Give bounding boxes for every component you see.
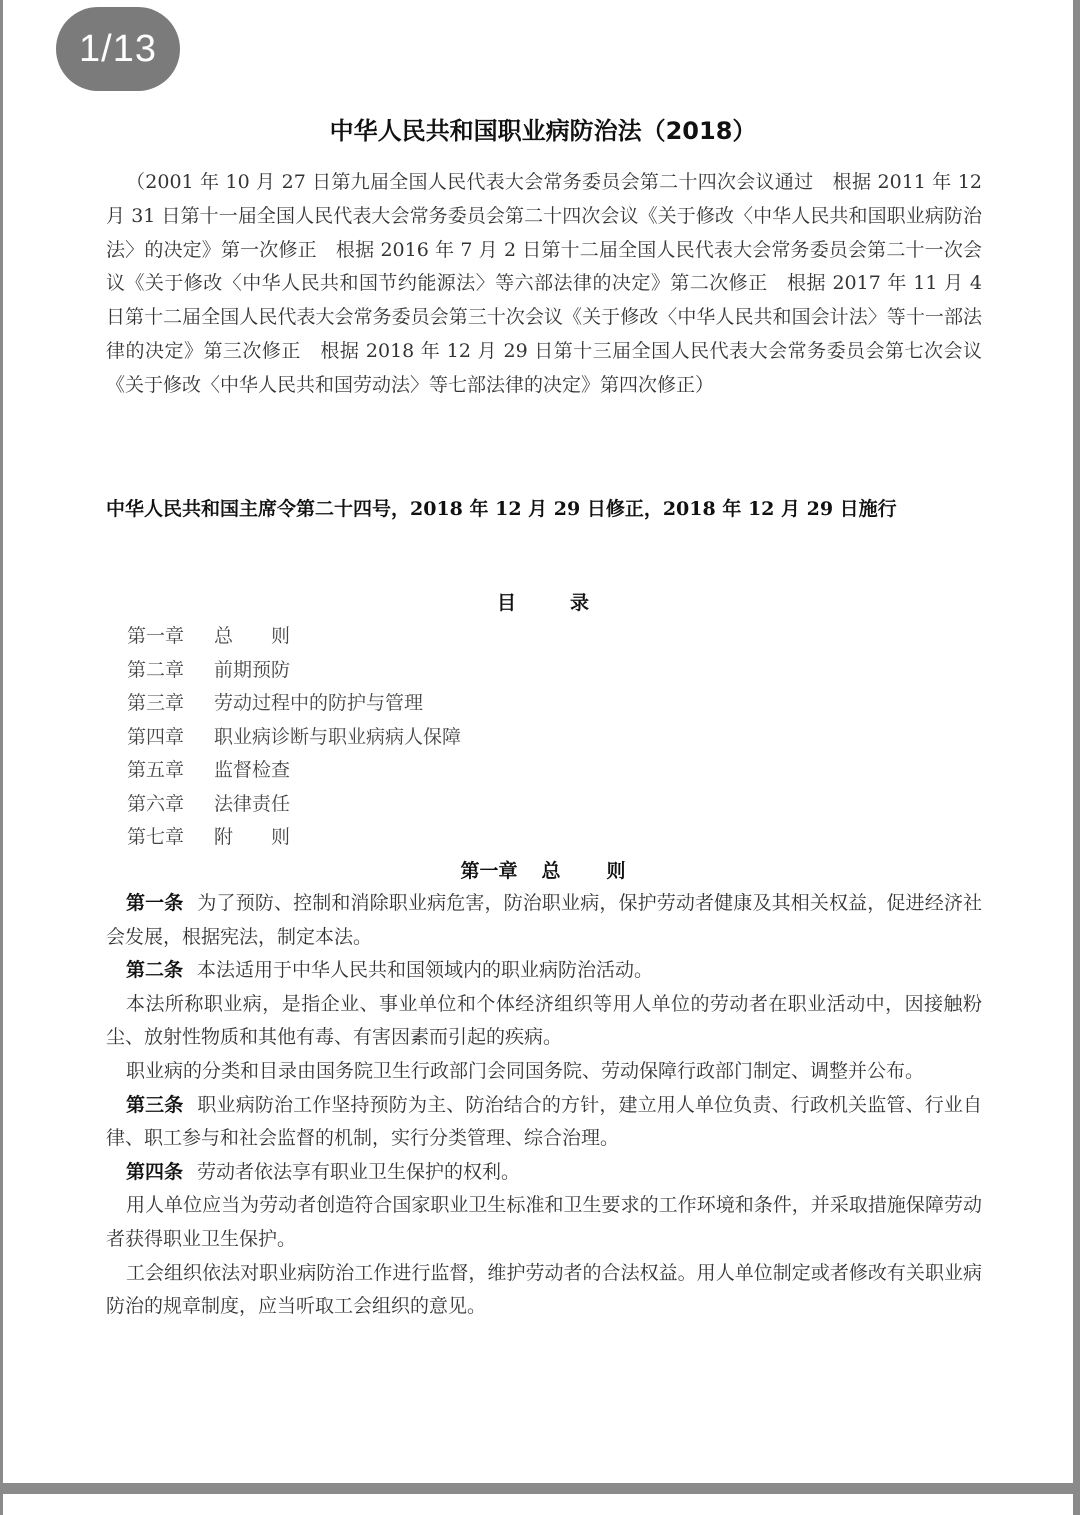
document-page[interactable]: 1/13 中华人民共和国职业病防治法（2018） （2001 年 10 月 27…: [3, 0, 1073, 1483]
article-label: 第三条: [126, 1094, 183, 1116]
toc-chapter-name: 法律责任: [214, 793, 290, 815]
article-paragraph: 第四条劳动者依法享有职业卫生保护的权利。: [106, 1156, 982, 1190]
next-page-edge[interactable]: [3, 1494, 1073, 1515]
amendment-history: （2001 年 10 月 27 日第九届全国人民代表大会常务委员会第二十四次会议…: [106, 166, 982, 403]
paragraph-text: 本法所称职业病，是指企业、事业单位和个体经济组织等用人单位的劳动者在职业活动中，…: [106, 993, 982, 1049]
toc-chapter-number: 第二章: [127, 654, 214, 688]
paragraph-text: 职业病的分类和目录由国务院卫生行政部门会同国务院、劳动保障行政部门制定、调整并公…: [126, 1060, 924, 1082]
toc-title-char: 录: [570, 592, 589, 614]
toc-item[interactable]: 第二章前期预防: [127, 654, 461, 688]
paragraph-text: 工会组织依法对职业病防治工作进行监督，维护劳动者的合法权益。用人单位制定或者修改…: [106, 1262, 982, 1318]
toc-chapter-number: 第三章: [127, 687, 214, 721]
page-indicator-badge: 1/13: [56, 7, 180, 91]
chapter-number: 第一章: [460, 860, 517, 882]
article-paragraph: 第一条为了预防、控制和消除职业病危害，防治职业病，保护劳动者健康及其相关权益，促…: [106, 887, 982, 954]
paragraph-text: 劳动者依法享有职业卫生保护的权利。: [197, 1161, 520, 1183]
article-label: 第四条: [126, 1161, 183, 1183]
toc-chapter-name: 附 则: [214, 826, 290, 848]
toc-title: 目录: [3, 588, 1080, 615]
toc-item[interactable]: 第五章监督检查: [127, 754, 461, 788]
toc-title-char: 目: [497, 592, 516, 614]
paragraph-text: 为了预防、控制和消除职业病危害，防治职业病，保护劳动者健康及其相关权益，促进经济…: [106, 892, 982, 948]
paragraph-text: 本法适用于中华人民共和国领域内的职业病防治活动。: [197, 959, 653, 981]
article-label: 第二条: [126, 959, 183, 981]
toc-chapter-number: 第六章: [127, 788, 214, 822]
toc-chapter-name: 总 则: [214, 625, 290, 647]
table-of-contents: 第一章总 则 第二章前期预防 第三章劳动过程中的防护与管理 第四章职业病诊断与职…: [127, 620, 461, 855]
article-paragraph: 本法所称职业病，是指企业、事业单位和个体经济组织等用人单位的劳动者在职业活动中，…: [106, 988, 982, 1055]
toc-chapter-number: 第四章: [127, 721, 214, 755]
article-paragraph: 职业病的分类和目录由国务院卫生行政部门会同国务院、劳动保障行政部门制定、调整并公…: [106, 1055, 982, 1089]
article-paragraph: 工会组织依法对职业病防治工作进行监督，维护劳动者的合法权益。用人单位制定或者修改…: [106, 1257, 982, 1324]
document-title: 中华人民共和国职业病防治法（2018）: [3, 111, 1080, 146]
toc-chapter-name: 职业病诊断与职业病病人保障: [214, 726, 461, 748]
article-label: 第一条: [126, 892, 183, 914]
toc-chapter-name: 劳动过程中的防护与管理: [214, 692, 423, 714]
toc-chapter-name: 前期预防: [214, 659, 290, 681]
paragraph-text: 用人单位应当为劳动者创造符合国家职业卫生标准和卫生要求的工作环境和条件，并采取措…: [106, 1194, 982, 1250]
toc-chapter-number: 第五章: [127, 754, 214, 788]
chapter-title-char: 总: [541, 860, 560, 882]
toc-item[interactable]: 第一章总 则: [127, 620, 461, 654]
toc-chapter-name: 监督检查: [214, 759, 290, 781]
article-paragraph: 第二条本法适用于中华人民共和国领域内的职业病防治活动。: [106, 954, 982, 988]
toc-item[interactable]: 第六章法律责任: [127, 788, 461, 822]
decree-line: 中华人民共和国主席令第二十四号，2018 年 12 月 29 日修正，2018 …: [106, 494, 897, 521]
toc-chapter-number: 第一章: [127, 620, 214, 654]
article-paragraph: 第三条职业病防治工作坚持预防为主、防治结合的方针，建立用人单位负责、行政机关监管…: [106, 1089, 982, 1156]
toc-item[interactable]: 第四章职业病诊断与职业病病人保障: [127, 721, 461, 755]
toc-chapter-number: 第七章: [127, 821, 214, 855]
toc-item[interactable]: 第七章附 则: [127, 821, 461, 855]
chapter-heading: 第一章总则: [3, 856, 1080, 883]
paragraph-text: 职业病防治工作坚持预防为主、防治结合的方针，建立用人单位负责、行政机关监管、行业…: [106, 1094, 982, 1150]
toc-item[interactable]: 第三章劳动过程中的防护与管理: [127, 687, 461, 721]
article-paragraph: 用人单位应当为劳动者创造符合国家职业卫生标准和卫生要求的工作环境和条件，并采取措…: [106, 1189, 982, 1256]
chapter-body: 第一条为了预防、控制和消除职业病危害，防治职业病，保护劳动者健康及其相关权益，促…: [106, 887, 982, 1324]
chapter-title-char: 则: [607, 860, 626, 882]
